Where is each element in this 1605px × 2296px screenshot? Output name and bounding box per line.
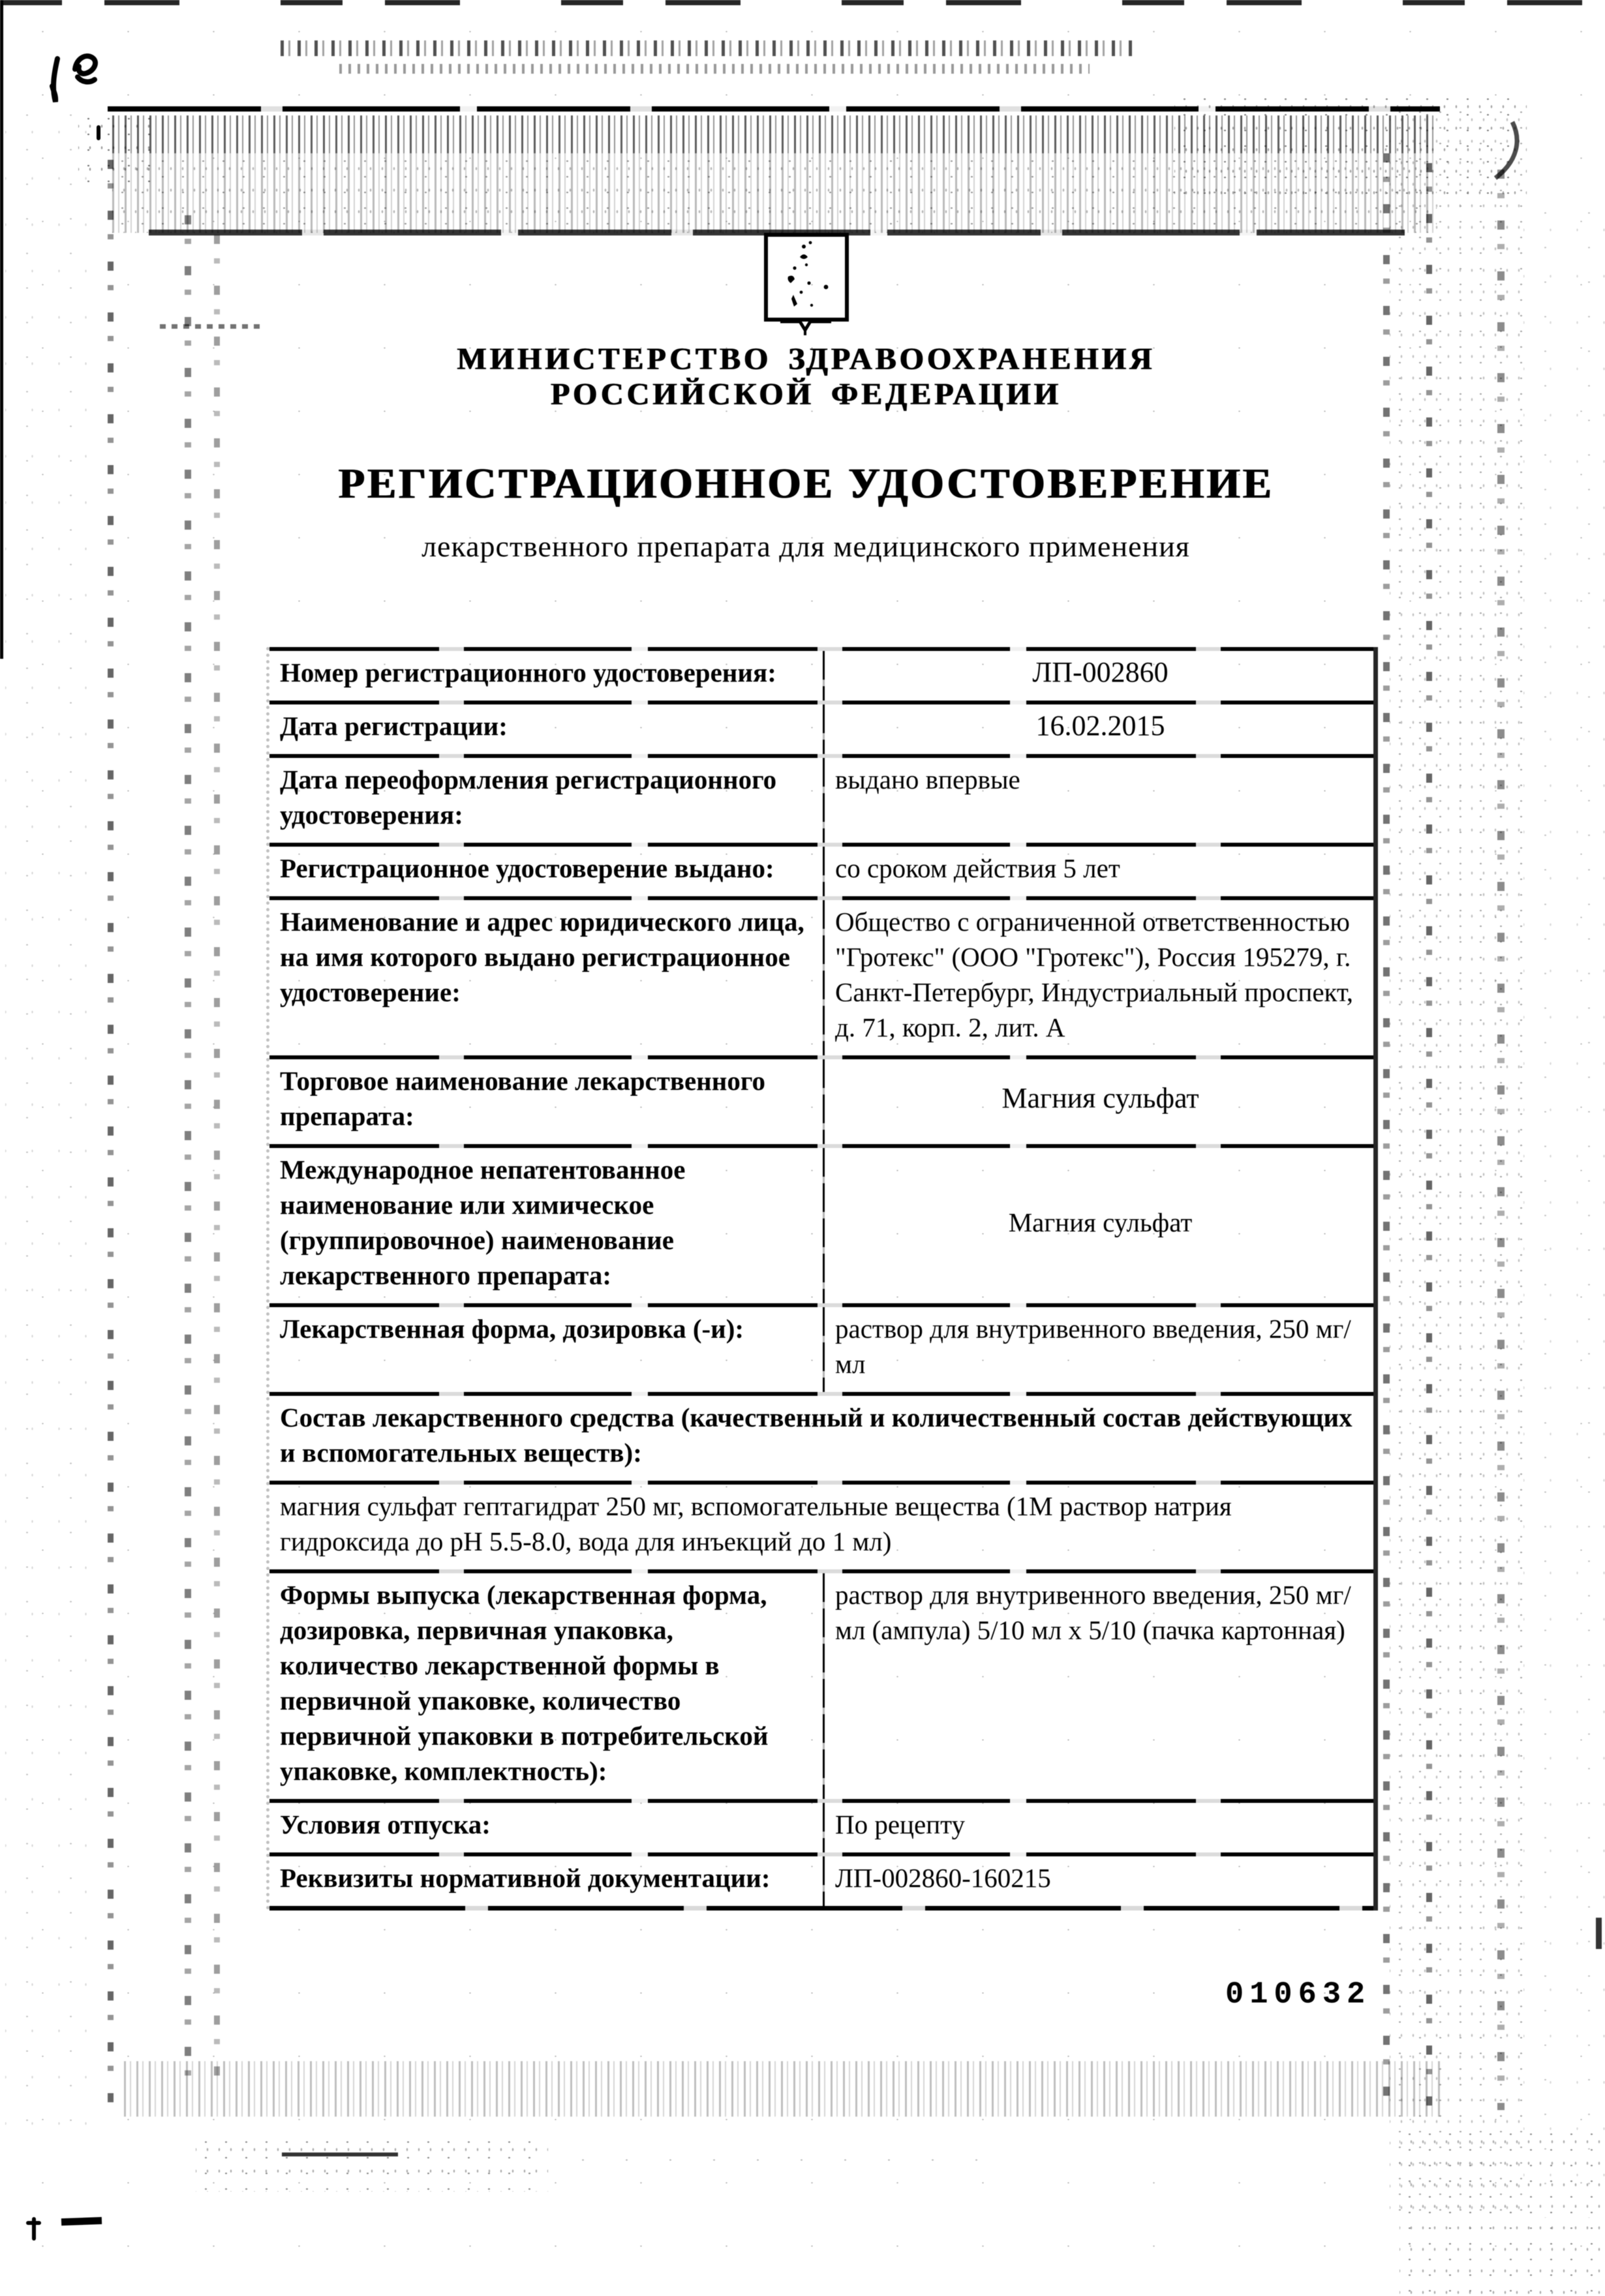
row-label: Торговое наименование лекарственного пре… <box>269 1055 823 1144</box>
table-row: Номер регистрационного удостоверения: ЛП… <box>269 647 1373 701</box>
row-value: раствор для внутривенного введения, 250 … <box>825 1303 1373 1392</box>
row-label: Состав лекарственного средства (качестве… <box>269 1392 1373 1481</box>
scan-noise-top-left-corner <box>78 111 157 189</box>
scan-noise-right-edge-dash <box>1596 1918 1602 1949</box>
row-value: ЛП-002860 <box>825 647 1373 701</box>
table-row: Формы выпуска (лекарственная форма, дози… <box>269 1569 1373 1799</box>
frame-bottom-line <box>282 2152 398 2156</box>
row-label: Дата регистрации: <box>269 701 823 754</box>
row-label: Формы выпуска (лекарственная форма, дози… <box>269 1569 823 1799</box>
serial-number: 010632 <box>1225 1978 1371 2012</box>
certificate-title: РЕГИСТРАЦИОННОЕ УДОСТОВЕРЕНИЕ <box>251 461 1360 507</box>
frame-bottom-ornament <box>124 2061 1442 2117</box>
ministry-line2: РОССИЙСКОЙ ФЕДЕРАЦИИ <box>251 377 1360 412</box>
frame-right-border <box>1383 153 1390 2110</box>
ministry-name: МИНИСТЕРСТВО ЗДРАВООХРАНЕНИЯ РОССИЙСКОЙ … <box>251 342 1360 412</box>
row-label: Наименование и адрес юридического лица, … <box>269 896 823 1055</box>
row-value: 16.02.2015 <box>825 701 1373 754</box>
scan-noise-bottom-left <box>196 2134 548 2192</box>
table-row: магния сульфат гептагидрат 250 мг, вспом… <box>269 1481 1373 1569</box>
frame-corner-arc <box>1481 121 1527 183</box>
table-row: Регистрационное удостоверение выдано: со… <box>269 843 1373 896</box>
row-value: Магния сульфат <box>825 1055 1373 1144</box>
row-value: со сроком действия 5 лет <box>825 843 1373 896</box>
row-label: Реквизиты нормативной документации: <box>269 1852 823 1906</box>
table-row: Условия отпуска: По рецепту <box>269 1799 1373 1852</box>
scan-noise-left-margin <box>5 98 103 2152</box>
ministry-line1: МИНИСТЕРСТВО ЗДРАВООХРАНЕНИЯ <box>251 342 1360 377</box>
row-label: магния сульфат гептагидрат 250 мг, вспом… <box>269 1481 1373 1569</box>
table-row: Состав лекарственного средства (качестве… <box>269 1392 1373 1481</box>
table-row: Торговое наименование лекарственного пре… <box>269 1055 1373 1144</box>
table-row: Дата регистрации: 16.02.2015 <box>269 701 1373 754</box>
frame-left-border <box>185 215 191 2094</box>
table-row: Международное непатентованное наименован… <box>269 1144 1373 1303</box>
table-row: Реквизиты нормативной документации: ЛП-0… <box>269 1852 1373 1906</box>
row-label: Условия отпуска: <box>269 1799 823 1852</box>
frame-ornament-fragment <box>160 324 264 329</box>
frame-left-border <box>214 235 220 2087</box>
table-row: Наименование и адрес юридического лица, … <box>269 896 1373 1055</box>
row-label: Лекарственная форма, дозировка (-и): <box>269 1303 823 1392</box>
scan-noise-bottom-right <box>1399 2126 1605 2296</box>
row-label: Регистрационное удостоверение выдано: <box>269 843 823 896</box>
certificate-subtitle: лекарственного препарата для медицинског… <box>251 530 1360 564</box>
scan-noise-right-margin <box>1523 196 1605 2218</box>
row-value: Общество с ограниченной ответственностью… <box>825 896 1373 1055</box>
table-row: Дата переоформления регистрационного удо… <box>269 754 1373 843</box>
scan-noise-right-margin <box>1390 104 1527 2218</box>
row-value: По рецепту <box>825 1799 1373 1852</box>
row-value: выдано впервые <box>825 754 1373 843</box>
document-page: МИНИСТЕРСТВО ЗДРАВООХРАНЕНИЯ РОССИЙСКОЙ … <box>0 0 1605 2296</box>
scan-noise-ghost-line <box>281 40 1135 56</box>
scan-noise-ghost-line <box>339 64 1090 74</box>
row-label: Международное непатентованное наименован… <box>269 1144 823 1303</box>
registration-table: Номер регистрационного удостоверения: ЛП… <box>266 647 1378 1911</box>
corner-t-mark <box>26 2216 43 2243</box>
row-value: Магния сульфат <box>825 1144 1373 1303</box>
scan-noise-bottom <box>561 2143 1018 2169</box>
table-row: Лекарственная форма, дозировка (-и): рас… <box>269 1303 1373 1392</box>
row-label: Дата переоформления регистрационного удо… <box>269 754 823 843</box>
row-label: Номер регистрационного удостоверения: <box>269 647 823 701</box>
frame-left-border <box>108 160 114 2107</box>
row-value: ЛП-002860-160215 <box>825 1852 1373 1906</box>
scan-noise-top-right-corner <box>1174 91 1527 202</box>
row-value: раствор для внутривенного введения, 250 … <box>825 1569 1373 1799</box>
coat-of-arms-emblem <box>763 232 849 340</box>
corner-dash-mark <box>61 2217 102 2226</box>
